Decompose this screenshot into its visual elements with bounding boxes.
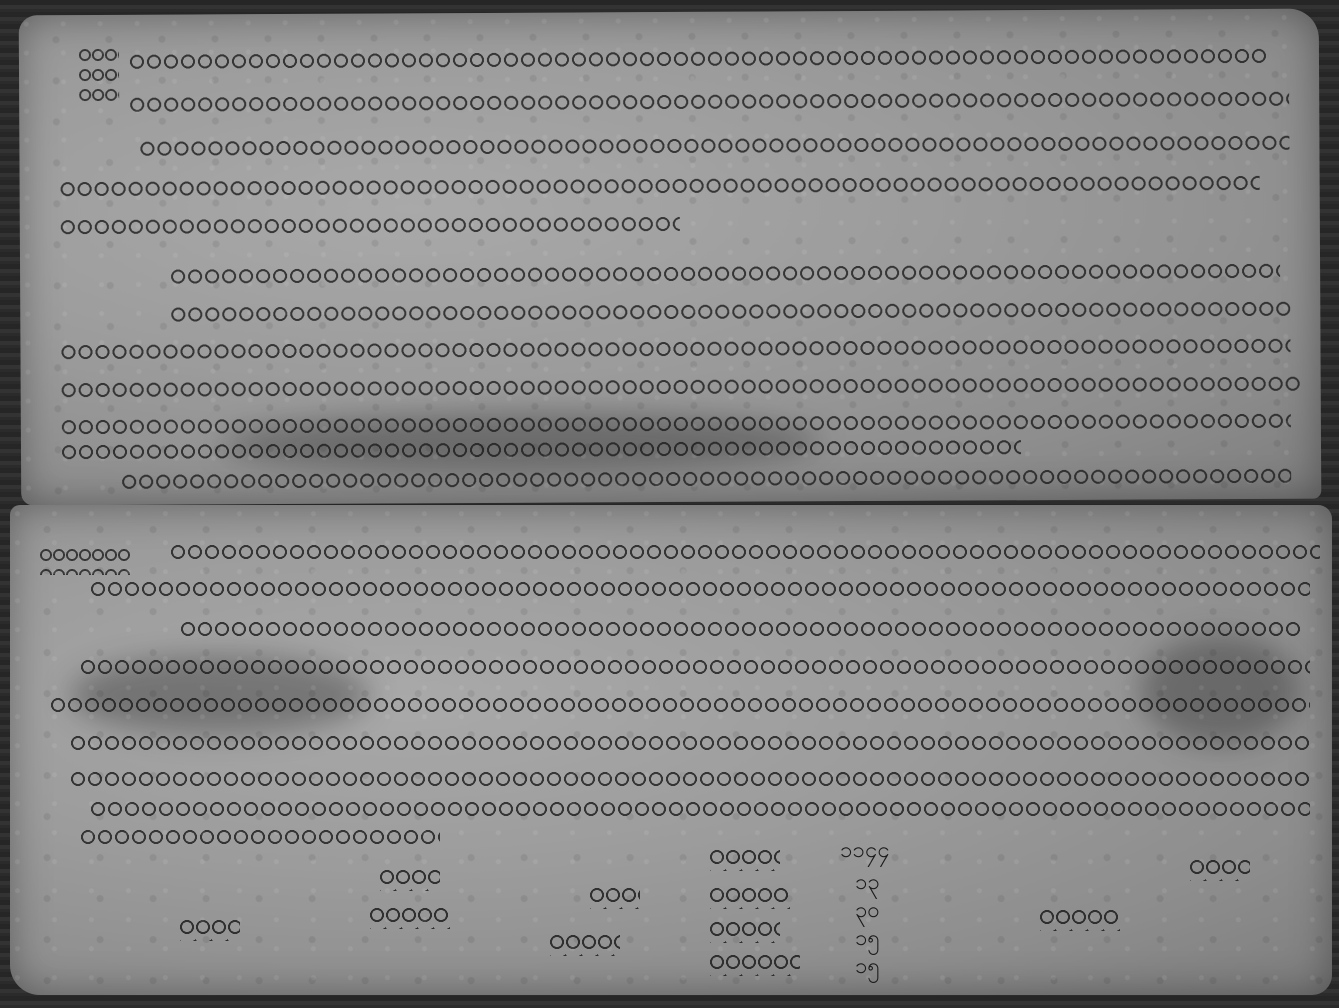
manuscript-leaf-top [19, 9, 1322, 506]
script-line [61, 372, 1301, 402]
script-line [80, 825, 440, 849]
margin-annotation [79, 45, 119, 105]
script-line [70, 767, 1310, 791]
script-line [61, 409, 1291, 439]
margin-annotation [40, 545, 130, 575]
signature [1190, 855, 1250, 881]
script-line [180, 617, 1300, 641]
signature [710, 845, 780, 871]
script-line [70, 731, 1310, 755]
signature [1040, 905, 1120, 931]
signature [710, 950, 800, 976]
script-line [121, 464, 1291, 494]
script-line [50, 693, 1310, 717]
script-line [129, 44, 1269, 74]
signature [380, 865, 440, 891]
signature [180, 915, 240, 941]
ink-smudge [1140, 635, 1300, 745]
script-line [80, 655, 1310, 679]
script-line [60, 171, 1260, 201]
numeral: ၃၀ [855, 895, 880, 928]
script-line [170, 259, 1280, 289]
script-line [90, 577, 1310, 601]
signature [550, 930, 620, 956]
signature [710, 917, 780, 943]
script-line [170, 540, 1320, 564]
ink-smudge [221, 411, 821, 474]
script-line [90, 797, 1310, 821]
numeral: ၁၁၄၄ [840, 835, 890, 868]
manuscript-leaf-bottom: ၁၁၄၄ ၁၃ ၃၀ ၁၅ ၁၅ [10, 505, 1332, 995]
signature [710, 883, 790, 909]
script-line [170, 297, 1290, 327]
signature [590, 883, 640, 909]
numeral: ၁၅ [855, 951, 880, 984]
script-line [139, 131, 1289, 161]
script-line [129, 87, 1289, 117]
numeral: ၁၃ [855, 867, 880, 900]
script-line [61, 435, 1021, 464]
script-line [60, 334, 1290, 364]
signature [370, 903, 450, 929]
numeral: ၁၅ [855, 923, 880, 956]
script-line [60, 212, 680, 239]
ink-smudge [70, 655, 370, 735]
